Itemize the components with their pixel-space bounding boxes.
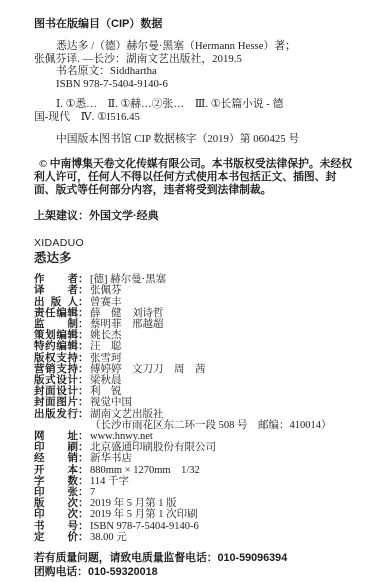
colophon-row-publisher: 出版发行：湖南文艺出版社	[34, 409, 351, 420]
colophon-label: 经销	[34, 453, 78, 464]
colophon-value: 汪 聪	[90, 341, 122, 352]
colophon-value: 新华书店	[90, 453, 132, 464]
colophon-value: 张雪珂	[90, 353, 122, 364]
title-block: XIDADUO 悉达多	[34, 237, 351, 266]
cip-record-block: 悉达多 /（德）赫尔曼·黑塞（Hermann Hesse）著； 张佩芬译. —长…	[34, 40, 351, 90]
colophon-label: 封面图片	[34, 397, 78, 408]
colophon-value: 7	[90, 487, 95, 498]
group-purchase-line: 团购电话：010-59320018	[34, 566, 351, 580]
quality-hotline-line: 若有质量问题，请致电质量监督电话：010-59096394	[34, 552, 351, 566]
colophon-value: 张佩芬	[90, 285, 122, 296]
colophon-row-impression: 印次：2019 年 5 月第 1 次印刷	[34, 509, 351, 520]
colophon-colon: ：	[78, 341, 90, 352]
colophon-value: 蔡明菲 邢越超	[90, 319, 164, 330]
colophon-label: 出版发行	[34, 409, 78, 420]
colophon-label: 特约编辑	[34, 341, 78, 352]
colophon-value: 梁秋晨	[90, 375, 122, 386]
colophon-value: 傅婷婷 文刀刀 周 茜	[90, 364, 206, 375]
colophon-label: 印次	[34, 509, 78, 520]
colophon-colon: ：	[78, 397, 90, 408]
colophon-row-translator: 译者：张佩芬	[34, 285, 351, 296]
cip-classification-line: 国-现代 Ⅳ. ①I516.45	[34, 111, 351, 124]
colophon-colon: ：	[78, 285, 90, 296]
colophon-value: 38.00 元	[90, 532, 127, 543]
cip-line-isbn: ISBN 978-7-5404-9140-6	[34, 78, 351, 91]
colophon-list: 作者：[德] 赫尔曼·黑塞 译者：张佩芬 出版人：曾赛丰 责任编辑：薛 健 刘诗…	[34, 274, 351, 543]
colophon-value: 薛 健 刘诗哲	[90, 308, 164, 319]
colophon-value: 利 锐	[90, 386, 122, 397]
colophon-value: 880mm × 1270mm 1/32	[90, 465, 200, 476]
book-copyright-page: 图书在版编目（CIP）数据 悉达多 /（德）赫尔曼·黑塞（Hermann Hes…	[0, 0, 375, 582]
colophon-value: [德] 赫尔曼·黑塞	[90, 274, 166, 285]
cip-record-number: 中国版本图书馆 CIP 数据核字（2019）第 060425 号	[34, 133, 351, 146]
book-title: 悉达多	[34, 251, 351, 266]
colophon-row-distributor: 经销：新华书店	[34, 453, 351, 464]
colophon-value: 湖南文艺出版社	[90, 409, 164, 420]
colophon-colon: ：	[78, 532, 90, 543]
cip-classification-block: Ⅰ. ①悉… Ⅱ. ①赫…②张… Ⅲ. ①长篇小说 - 德 国-现代 Ⅳ. ①I…	[34, 98, 351, 123]
cip-line: 悉达多 /（德）赫尔曼·黑塞（Hermann Hesse）著；	[34, 40, 351, 53]
colophon-value: 视觉中国	[90, 397, 132, 408]
colophon-row-cover-image: 封面图片：视觉中国	[34, 397, 351, 408]
pinyin-title: XIDADUO	[34, 237, 351, 249]
colophon-value: 姚长杰	[90, 330, 122, 341]
cip-line-original-title: 书名原文：Siddhartha	[34, 65, 351, 78]
colophon-value: （长沙市雨花区东二环一段 508 号 邮编：410014）	[90, 420, 332, 431]
copyright-notice: © 中南博集天卷文化传媒有限公司。本书版权受法律保护。未经权利人许可，任何人不得…	[34, 158, 356, 197]
colophon-row-contributing-editor: 特约编辑：汪 聪	[34, 341, 351, 352]
quality-notice-block: 若有质量问题，请致电质量监督电话：010-59096394 团购电话：010-5…	[34, 552, 351, 579]
colophon-value: 曾赛丰	[90, 297, 122, 308]
colophon-row-price: 定价：38.00 元	[34, 532, 351, 543]
colophon-value: ISBN 978-7-5404-9140-6	[90, 521, 199, 532]
colophon-label: 定价	[34, 532, 78, 543]
cip-heading: 图书在版编目（CIP）数据	[34, 18, 351, 31]
colophon-value: 北京盛通印刷股份有限公司	[90, 442, 216, 453]
colophon-colon: ：	[78, 453, 90, 464]
colophon-value: 114 千字	[90, 476, 129, 487]
cip-classification-line: Ⅰ. ①悉… Ⅱ. ①赫…②张… Ⅲ. ①长篇小说 - 德	[34, 98, 351, 111]
colophon-colon: ：	[78, 509, 90, 520]
colophon-colon: ：	[78, 409, 90, 420]
colophon-value: 2019 年 5 月第 1 版	[90, 498, 177, 509]
colophon-label: 译者	[34, 285, 78, 296]
colophon-value: 2019 年 5 月第 1 次印刷	[90, 509, 198, 520]
cip-line: 张佩芬译. —长沙：湖南文艺出版社，2019.5	[34, 53, 351, 66]
colophon-value: www.hnwy.net	[90, 431, 153, 442]
shelving-advice: 上架建议：外国文学·经典	[34, 210, 351, 223]
